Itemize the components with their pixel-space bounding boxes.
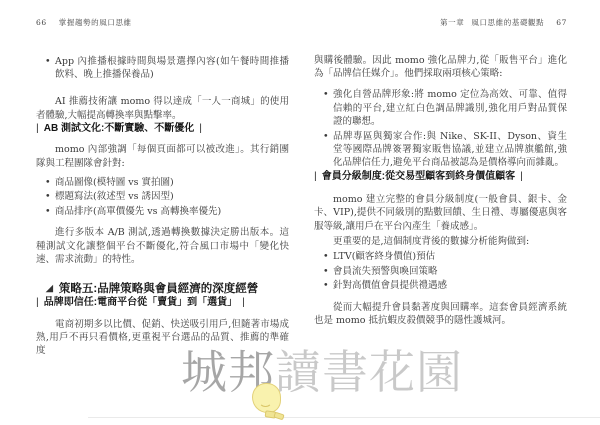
list-item: • LTV(顧客終身價值)預估 bbox=[314, 250, 567, 263]
heading-bar-icon: | bbox=[36, 296, 39, 308]
page-bottom-edge bbox=[88, 417, 600, 418]
heading-bar-icon: | bbox=[520, 170, 523, 182]
ltv-list: • LTV(顧客終身價值)預估 • 會員流失預警與喚回策略 • 針對高價值會員提… bbox=[314, 250, 567, 293]
list-item-text: App 內推播根據時間與場景選擇內容(如午餐時間推播飲料、晚上推播保養品) bbox=[55, 56, 289, 80]
list-item-text: 標題寫法(敘述型 vs 誘因型) bbox=[55, 191, 174, 202]
heading-brand-text: 品牌即信任:電商平台從「賣貨」到「選貨」 bbox=[44, 297, 237, 308]
bullet-icon: • bbox=[323, 279, 329, 292]
list-item: • 商品排序(高單價優先 vs 高轉換率優先) bbox=[36, 205, 289, 218]
heading-ab-testing: |AB 測試文化:不斷實驗、不斷優化| bbox=[36, 122, 289, 136]
list-item: • App 內推播根據時間與場景選擇內容(如午餐時間推播飲料、晚上推播保養品) bbox=[36, 55, 289, 81]
strategy-list: • 強化自營品牌形象:將 momo 定位為高效、可靠、值得信賴的平台,建立紅白色… bbox=[314, 88, 567, 169]
list-item: • 商品圖像(模特圖 vs 實拍圖) bbox=[36, 176, 289, 189]
app-push-list: • App 內推播根據時間與場景選擇內容(如午餐時間推播飲料、晚上推播保養品) bbox=[36, 55, 289, 81]
bullet-icon: • bbox=[45, 55, 51, 68]
heading-member-text: 會員分級制度:從交易型顧客到終身價值顧客 bbox=[322, 171, 515, 182]
list-item-text: 品牌專區與獨家合作:與 Nike、SK-II、Dyson、資生堂等國際品牌簽署獨… bbox=[333, 131, 567, 168]
list-item-text: 會員流失預警與喚回策略 bbox=[333, 266, 438, 277]
section-heading-text: 策略五:品牌策略與會員經濟的深度經營 bbox=[59, 283, 258, 295]
right-page-content: 與購後體驗。因此 momo 強化品牌力,從「販售平台」進化為「品牌信任媒介」。他… bbox=[314, 54, 567, 327]
paragraph-ecommerce-early: 電商初期多以比價、促銷、快送吸引用戶,但隨著市場成熟,用戶不再只看價格,更重視平… bbox=[36, 318, 289, 358]
chapter-label: 第一章 bbox=[440, 18, 464, 27]
list-item: • 標題寫法(敘述型 vs 誘因型) bbox=[36, 190, 289, 203]
right-page-number: 67 bbox=[556, 18, 567, 27]
right-running-title: 風口思維的基礎觀點 bbox=[471, 18, 544, 27]
paragraph-moat: 從而大幅提升會員黏著度與回購率。這套會員經濟系統也是 momo 抵抗蝦皮殺價競爭… bbox=[314, 301, 567, 327]
watermark-rest-text: 讀書花園 bbox=[275, 346, 463, 398]
bullet-icon: • bbox=[323, 265, 329, 278]
right-running-head: 第一章風口思維的基礎觀點67 bbox=[440, 17, 567, 28]
heading-brand-trust: |品牌即信任:電商平台從「賣貨」到「選貨」| bbox=[36, 296, 289, 310]
heading-bar-icon: | bbox=[199, 122, 202, 134]
bullet-icon: • bbox=[323, 88, 329, 101]
list-item-text: LTV(顧客終身價值)預估 bbox=[333, 251, 435, 262]
left-running-head: 66掌握趨勢的風口思維 bbox=[36, 17, 132, 28]
list-item: • 品牌專區與獨家合作:與 Nike、SK-II、Dyson、資生堂等國際品牌簽… bbox=[314, 130, 567, 170]
ab-test-list: • 商品圖像(模特圖 vs 實拍圖) • 標題寫法(敘述型 vs 誘因型) • … bbox=[36, 176, 289, 219]
heading-ab-text: AB 測試文化:不斷實驗、不斷優化 bbox=[44, 123, 195, 134]
list-item: • 會員流失預警與喚回策略 bbox=[314, 265, 567, 278]
paragraph-member-system: momo 建立完整的會員分級制度(一般會員、銀卡、金卡、VIP),提供不同級別的… bbox=[314, 193, 567, 233]
bullet-icon: • bbox=[45, 190, 51, 203]
watermark-mascot-icon bbox=[252, 383, 286, 419]
section-triangle-icon: ◢ bbox=[46, 283, 53, 293]
heading-bar-icon: | bbox=[314, 170, 317, 182]
paragraph-brand-power: 與購後體驗。因此 momo 強化品牌力,從「販售平台」進化為「品牌信任媒介」。他… bbox=[314, 54, 567, 80]
bullet-icon: • bbox=[45, 176, 51, 189]
book-page-spread: 66掌握趨勢的風口思維 第一章風口思維的基礎觀點67 • App 內推播根據時間… bbox=[0, 0, 600, 425]
list-item-text: 商品排序(高單價優先 vs 高轉換率優先) bbox=[55, 206, 221, 217]
list-item-text: 強化自營品牌形象:將 momo 定位為高效、可靠、值得信賴的平台,建立紅白色調品… bbox=[333, 89, 567, 126]
list-item: • 強化自營品牌形象:將 momo 定位為高效、可靠、值得信賴的平台,建立紅白色… bbox=[314, 88, 567, 128]
paragraph-ai-recommendation: AI 推薦技術讓 momo 得以達成「一人一商城」的使用者體驗,大幅提高轉換率與… bbox=[36, 95, 289, 121]
list-item-text: 針對高價值會員提供禮遇感 bbox=[333, 280, 447, 291]
heading-member-tiers: |會員分級制度:從交易型顧客到終身價值顧客| bbox=[314, 170, 567, 184]
heading-bar-icon: | bbox=[242, 296, 245, 308]
bullet-icon: • bbox=[323, 130, 329, 143]
heading-bar-icon: | bbox=[36, 122, 39, 134]
paragraph-ab-versions: 進行多版本 A/B 測試,透過轉換數據決定勝出版本。這種測試文化讓整個平台不斷優… bbox=[36, 226, 289, 266]
heading-strategy-five: ◢策略五:品牌策略與會員經濟的深度經營 bbox=[46, 282, 289, 296]
bullet-icon: • bbox=[323, 250, 329, 263]
left-page-content: • App 內推播根據時間與場景選擇內容(如午餐時間推播飲料、晚上推播保養品) … bbox=[36, 54, 289, 357]
list-item: • 針對高價值會員提供禮遇感 bbox=[314, 279, 567, 292]
left-running-title: 掌握趨勢的風口思維 bbox=[59, 18, 132, 27]
left-page-number: 66 bbox=[36, 18, 47, 27]
list-item-text: 商品圖像(模特圖 vs 實拍圖) bbox=[55, 177, 174, 188]
paragraph-data-analysis: 更重要的是,這個制度背後的數據分析能夠做到: bbox=[314, 235, 567, 248]
bullet-icon: • bbox=[45, 205, 51, 218]
paragraph-momo-internal: momo 內部強調「每個頁面都可以被改進」。其行銷團隊與工程團隊會針對: bbox=[36, 143, 289, 169]
